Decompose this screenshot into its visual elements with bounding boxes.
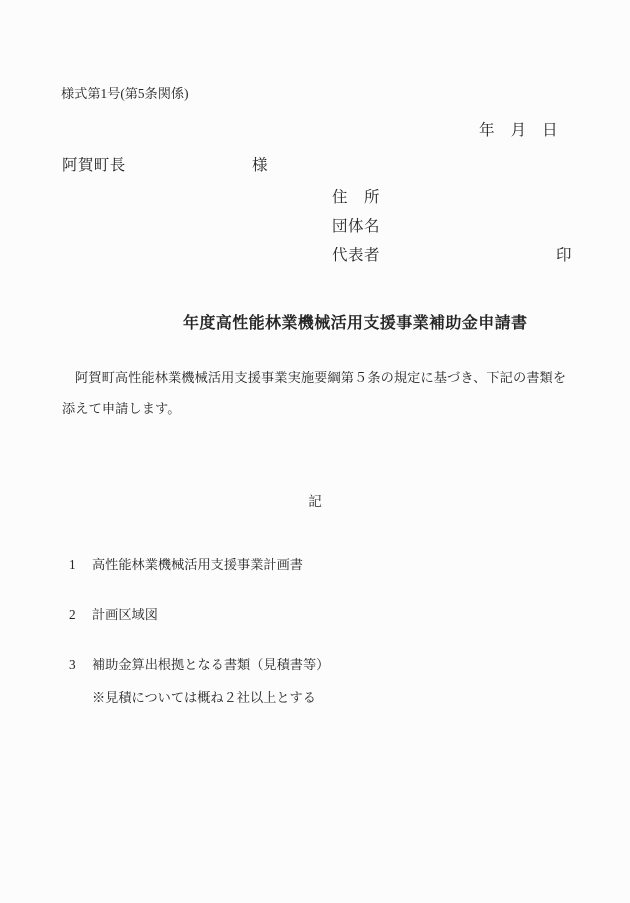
seal-mark: 印 — [556, 246, 572, 265]
attachment-item-2-text: 計画区域図 — [92, 607, 158, 624]
applicant-representative-label: 代表者 — [332, 246, 380, 265]
date-line: 年 月 日 — [479, 121, 558, 140]
attachment-item-1: 1 高性能林業機械活用支援事業計画書 — [69, 557, 303, 574]
attachment-item-2: 2 計画区域図 — [69, 607, 158, 624]
applicant-address-label: 住 所 — [332, 188, 380, 207]
body-paragraph-line-2: 添えて申請します。 — [62, 401, 582, 418]
form-number: 様式第1号(第5条関係) — [61, 86, 188, 103]
document-page: 様式第1号(第5条関係) 年 月 日 阿賀町長 様 住 所 団体名 代表者 印 … — [0, 0, 630, 903]
attachment-item-1-text: 高性能林業機械活用支援事業計画書 — [92, 557, 303, 574]
attachment-note: ※見積については概ね２社以上とする — [92, 690, 316, 707]
applicant-organization-label: 団体名 — [332, 217, 380, 236]
attachment-item-3: 3 補助金算出根拠となる書類（見積書等） — [69, 657, 329, 674]
attachment-item-3-text: 補助金算出根拠となる書類（見積書等） — [92, 657, 329, 674]
attachment-item-3-number: 3 — [69, 657, 92, 674]
list-header-ki: 記 — [0, 494, 630, 511]
attachment-item-2-number: 2 — [69, 607, 92, 624]
attachment-item-1-number: 1 — [69, 557, 92, 574]
addressee-honorific: 様 — [252, 156, 268, 175]
addressee-name: 阿賀町長 — [62, 156, 126, 175]
document-title: 年度高性能林業機械活用支援事業補助金申請書 — [183, 314, 527, 334]
body-paragraph-line-1: 阿賀町高性能林業機械活用支援事業実施要綱第５条の規定に基づき、下記の書類を — [62, 370, 582, 387]
